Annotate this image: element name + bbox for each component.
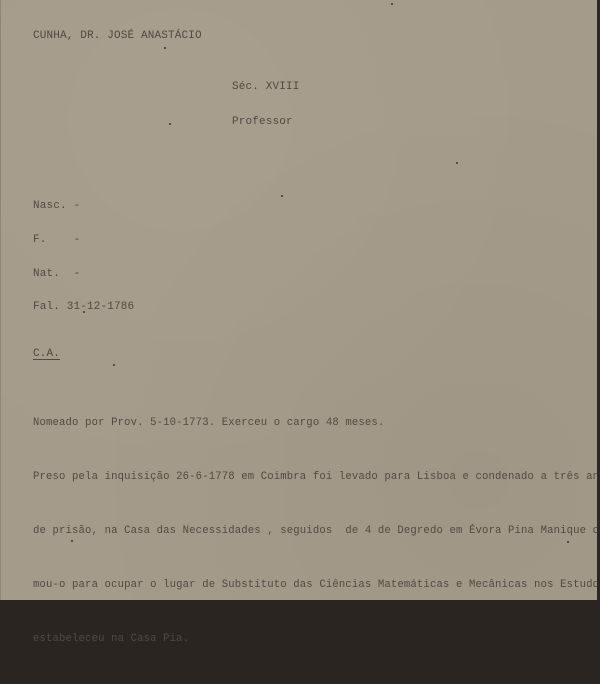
section-label-ca: C.A. <box>33 345 60 363</box>
body-line: Preso pela inquisição 26-6-1778 em Coimb… <box>33 468 598 486</box>
paper-speck <box>281 195 283 197</box>
paper-speck <box>567 541 569 543</box>
paper-speck <box>169 123 171 125</box>
parentage-field: F. - <box>33 231 80 249</box>
body-text: Nomeado por Prov. 5-10-1773. Exerceu o c… <box>33 378 598 600</box>
century-label: Séc. XVIII <box>232 78 300 96</box>
birthplace-field: Nat. - <box>33 265 80 283</box>
profession-label: Professor <box>232 113 293 131</box>
paper-speck <box>456 162 458 164</box>
paper-speck <box>164 47 166 49</box>
body-line: mou-o para ocupar o lugar de Substituto … <box>33 576 598 594</box>
index-card: CUNHA, DR. JOSÉ ANASTÁCIO Séc. XVIII Pro… <box>0 0 598 600</box>
paper-speck <box>71 540 73 542</box>
body-line: de prisão, na Casa das Necessidades , se… <box>33 522 598 540</box>
body-line: Nomeado por Prov. 5-10-1773. Exerceu o c… <box>33 414 598 432</box>
paper-speck <box>391 3 393 5</box>
paper-speck <box>113 364 115 366</box>
death-field: Fal. 31-12-1786 <box>33 298 134 316</box>
birth-field: Nasc. - <box>33 197 80 215</box>
paper-speck <box>83 311 85 313</box>
person-name-heading: CUNHA, DR. JOSÉ ANASTÁCIO <box>33 27 202 45</box>
